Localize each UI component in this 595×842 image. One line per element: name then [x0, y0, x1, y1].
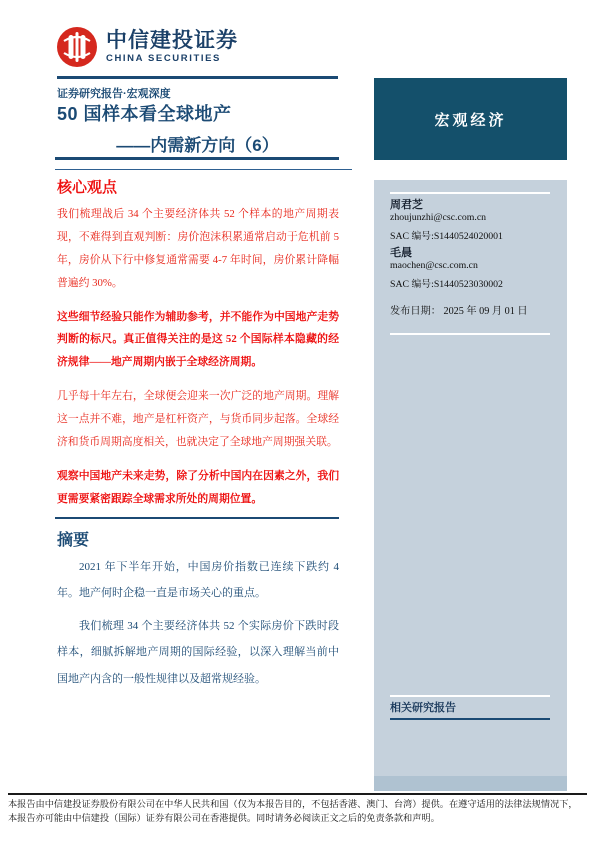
panel-bottom-band: [374, 776, 567, 791]
analyst-1-name: 周君芝: [390, 196, 423, 212]
summary-heading: 摘要: [57, 527, 89, 550]
logo-name-en: CHINA SECURITIES: [106, 54, 238, 64]
related-divider-bottom: [390, 718, 550, 720]
footer-divider: [8, 793, 587, 795]
publish-date-value: 2025 年 09 月 01 日: [443, 306, 527, 317]
logo-text: 中信建投证券 CHINA SECURITIES: [106, 30, 238, 64]
analyst-divider-top: [390, 192, 550, 194]
analyst-2-email: maochen@csc.com.cn: [390, 260, 478, 271]
logo-name-cn: 中信建投证券: [106, 30, 238, 52]
summary-divider: [55, 517, 339, 519]
analyst-2-sac: SAC 编号:S1440523030002: [390, 276, 503, 290]
category-label: 宏观经济: [434, 109, 506, 130]
company-logo: 中信建投证券 CHINA SECURITIES: [56, 26, 238, 68]
analyst-1-sac: SAC 编号:S1440524020001: [390, 228, 503, 242]
report-title: 50 国样本看全球地产: [57, 100, 232, 126]
analyst-2-name: 毛晨: [390, 244, 412, 260]
citic-circle-icon: [56, 26, 98, 68]
publish-date-row: 发布日期： 2025 年 09 月 01 日: [390, 302, 528, 317]
report-cover-page: 中信建投证券 CHINA SECURITIES 证券研究报告·宏观深度 50 国…: [0, 0, 595, 842]
core-views-body: 我们梳理战后 34 个主要经济体共 52 个样本的地产周期表现，不难得到直观判断…: [57, 203, 339, 522]
report-subtitle: ——内需新方向（6）: [57, 131, 338, 156]
related-reports-title: 相关研究报告: [390, 699, 456, 715]
related-divider-top: [390, 695, 550, 697]
analyst-info-panel: 周君芝 zhoujunzhi@csc.com.cn SAC 编号:S144052…: [374, 180, 567, 791]
header-divider: [57, 76, 338, 79]
analyst-divider-bottom: [390, 333, 550, 335]
core-paragraph-3: 几乎每十年左右，全球便会迎来一次广泛的地产周期。理解这一点并不难，地产是杠杆资产…: [57, 385, 339, 454]
disclaimer-line-2: 本报告亦可能由中信建投（国际）证券有限公司在香港提供。同时请务必阅读正文之后的免…: [8, 811, 587, 825]
core-paragraph-4: 观察中国地产未来走势，除了分析中国内在因素之外，我们更需要紧密跟踪全球需求所处的…: [57, 465, 339, 511]
publish-date-label: 发布日期：: [390, 306, 441, 317]
report-type-label: 证券研究报告·宏观深度: [57, 85, 171, 101]
core-paragraph-1: 我们梳理战后 34 个主要经济体共 52 个样本的地产周期表现，不难得到直观判断…: [57, 203, 339, 295]
summary-body: 2021 年下半年开始，中国房价指数已连续下跌约 4 年。地产何时企稳一直是市场…: [57, 554, 339, 698]
core-views-heading: 核心观点: [57, 176, 117, 197]
title-underline-thin: [55, 169, 352, 170]
summary-paragraph-2: 我们梳理 34 个主要经济体共 52 个实际房价下跌时段样本，细腻拆解地产周期的…: [57, 613, 339, 692]
category-banner: 宏观经济: [374, 78, 567, 160]
footer-disclaimer: 本报告由中信建投证券股份有限公司在中华人民共和国（仅为本报告目的，不包括香港、澳…: [8, 797, 587, 826]
analyst-1-email: zhoujunzhi@csc.com.cn: [390, 212, 486, 223]
disclaimer-line-1: 本报告由中信建投证券股份有限公司在中华人民共和国（仅为本报告目的，不包括香港、澳…: [8, 797, 587, 811]
core-paragraph-2: 这些细节经验只能作为辅助参考，并不能作为中国地产走势判断的标尺。真正值得关注的是…: [57, 306, 339, 375]
summary-paragraph-1: 2021 年下半年开始，中国房价指数已连续下跌约 4 年。地产何时企稳一直是市场…: [57, 554, 339, 607]
title-underline: [55, 157, 339, 160]
